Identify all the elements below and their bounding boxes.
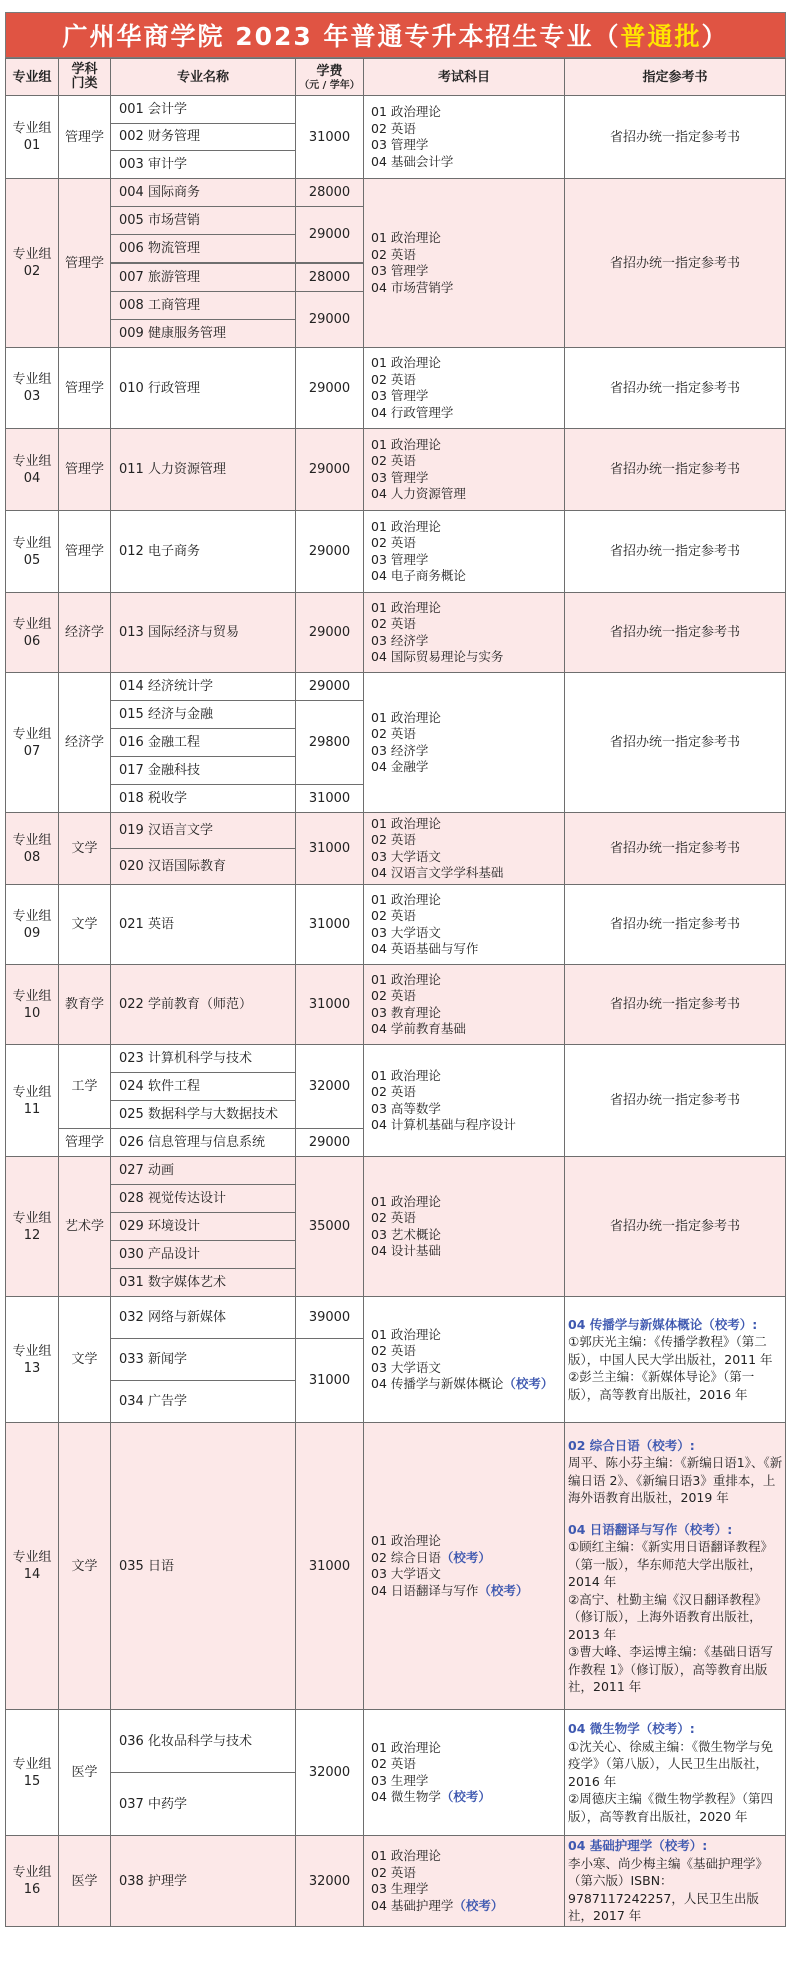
fee-cell: 31000 [295, 95, 364, 179]
major-row: 006 物流管理 [110, 234, 296, 263]
fee-value: 35000 [309, 1218, 350, 1235]
reference-heading: 02 综合日语（校考）: [568, 1437, 783, 1455]
subject-item: 03 大学语文 [371, 849, 503, 866]
subject-item: 03 大学语文 [371, 1360, 553, 1377]
major-name: 038 护理学 [119, 1873, 187, 1890]
fee-cell: 29000 [295, 428, 364, 511]
fee-value: 29000 [309, 311, 350, 328]
subject-text: 02 英语 [371, 1210, 416, 1225]
subject-text: 04 基础会计学 [371, 154, 453, 169]
major-name: 029 环境设计 [119, 1218, 200, 1235]
subject-item: 01 政治理论 [371, 600, 503, 617]
major-name: 012 电子商务 [119, 543, 200, 560]
subject-item: 01 政治理论 [371, 437, 466, 454]
subjects-list: 01 政治理论02 英语03 经济学04 国际贸易理论与实务 [371, 600, 503, 666]
subject-text: 04 学前教育基础 [371, 1021, 466, 1036]
category-cell: 医学 [58, 1709, 111, 1836]
category-label: 工学 [71, 1078, 97, 1095]
category-cell: 文学 [58, 812, 111, 885]
subjects-cell: 01 政治理论02 英语03 管理学04 行政管理学 [363, 347, 565, 429]
subject-item: 04 人力资源管理 [371, 486, 466, 503]
subject-item: 03 大学语文 [371, 1566, 528, 1583]
reference-list: 04 基础护理学（校考）:李小寒、尚少梅主编《基础护理学》（第六版）ISBN：9… [568, 1837, 783, 1925]
reference-list: 04 传播学与新媒体概论（校考）:①郭庆光主编：《传播学教程》（第二版），中国人… [568, 1316, 783, 1404]
subject-item: 03 管理学 [371, 388, 453, 405]
major-name: 017 金融科技 [119, 762, 200, 779]
group-name: 专业组 11 [12, 1084, 51, 1118]
subject-text: 01 政治理论 [371, 437, 441, 452]
major-row: 024 软件工程 [110, 1072, 296, 1101]
major-name: 037 中药学 [119, 1796, 187, 1813]
subjects-list: 01 政治理论02 英语03 教育理论04 学前教育基础 [371, 972, 466, 1038]
subject-item: 04 金融学 [371, 759, 441, 776]
category-cell: 管理学 [58, 1128, 111, 1157]
reference-cell: 省招办统一指定参考书 [564, 812, 786, 885]
major-row: 003 审计学 [110, 150, 296, 179]
subject-text: 03 大学语文 [371, 1360, 441, 1375]
school-exam-tag: （校考） [441, 1550, 491, 1565]
subject-item: 04 基础会计学 [371, 154, 453, 171]
fee-cell: 29000 [295, 1128, 364, 1157]
category-cell: 医学 [58, 1835, 111, 1927]
subjects-list: 01 政治理论02 英语03 大学语文04 汉语言文学学科基础 [371, 816, 503, 882]
group-label: 专业组 01 [5, 95, 59, 179]
subject-text: 02 英语 [371, 726, 416, 741]
subject-text: 03 管理学 [371, 552, 428, 567]
subjects-cell: 01 政治理论02 英语03 大学语文04 英语基础与写作 [363, 884, 565, 965]
subject-text: 03 经济学 [371, 743, 428, 758]
header-category: 学科门类 [58, 58, 111, 96]
subject-text: 04 微生物学 [371, 1789, 441, 1804]
subject-text: 03 大学语文 [371, 925, 441, 940]
category-label: 艺术学 [65, 1218, 104, 1235]
category-label: 医学 [71, 1764, 97, 1781]
fee-value: 29000 [309, 380, 350, 397]
major-row: 002 财务管理 [110, 123, 296, 152]
subject-item: 03 管理学 [371, 470, 466, 487]
subject-text: 01 政治理论 [371, 816, 441, 831]
subject-text: 01 政治理论 [371, 1533, 441, 1548]
fee-value: 29000 [309, 678, 350, 695]
subject-item: 03 管理学 [371, 137, 453, 154]
group-label: 专业组 16 [5, 1835, 59, 1927]
major-name: 018 税收学 [119, 790, 187, 807]
major-row: 008 工商管理 [110, 291, 296, 320]
major-name: 025 数据科学与大数据技术 [119, 1106, 278, 1123]
major-row: 031 数字媒体艺术 [110, 1268, 296, 1297]
subject-item: 01 政治理论 [371, 1194, 441, 1211]
title-end: ） [702, 17, 729, 53]
subject-text: 04 日语翻译与写作 [371, 1583, 478, 1598]
subject-item: 01 政治理论 [371, 1740, 491, 1757]
subject-text: 03 艺术概论 [371, 1227, 441, 1242]
subject-item: 02 英语 [371, 832, 503, 849]
category-cell: 管理学 [58, 510, 111, 593]
fee-cell: 29000 [295, 592, 364, 673]
fee-cell: 28000 [295, 178, 364, 207]
category-cell: 管理学 [58, 428, 111, 511]
category-label: 管理学 [65, 255, 104, 272]
reference-text: 省招办统一指定参考书 [610, 461, 740, 478]
major-row: 036 化妆品科学与技术 [110, 1709, 296, 1773]
subject-item: 01 政治理论 [371, 892, 478, 909]
reference-heading: 04 微生物学（校考）: [568, 1720, 783, 1738]
header-reference: 指定参考书 [564, 58, 786, 96]
subject-item: 03 管理学 [371, 263, 453, 280]
subjects-list: 01 政治理论02 英语03 管理学04 电子商务概论 [371, 519, 466, 585]
reference-text: 省招办统一指定参考书 [610, 624, 740, 641]
reference-heading: 04 日语翻译与写作（校考）: [568, 1521, 783, 1539]
fee-value: 31000 [309, 996, 350, 1013]
subject-text: 01 政治理论 [371, 355, 441, 370]
reference-text: 省招办统一指定参考书 [610, 1218, 740, 1235]
subject-text: 02 综合日语 [371, 1550, 441, 1565]
reference-text: 省招办统一指定参考书 [610, 543, 740, 560]
reference-list: 04 微生物学（校考）:①沈关心、徐威主编：《微生物学与免疫学》（第八版），人民… [568, 1720, 783, 1825]
subject-text: 01 政治理论 [371, 1194, 441, 1209]
subject-text: 04 人力资源管理 [371, 486, 466, 501]
category-cell: 经济学 [58, 592, 111, 673]
subjects-list: 01 政治理论02 英语03 经济学04 金融学 [371, 710, 441, 776]
subject-text: 02 英语 [371, 453, 416, 468]
reference-cell: 省招办统一指定参考书 [564, 1044, 786, 1157]
subject-item: 01 政治理论 [371, 230, 453, 247]
fee-cell: 39000 [295, 1296, 364, 1339]
title-highlight: 普通批 [620, 17, 701, 53]
subjects-cell: 01 政治理论02 英语03 教育理论04 学前教育基础 [363, 964, 565, 1045]
group-label: 专业组 06 [5, 592, 59, 673]
group-label: 专业组 03 [5, 347, 59, 429]
category-label: 管理学 [65, 1134, 104, 1151]
subject-item: 02 英语 [371, 535, 466, 552]
subject-item: 02 综合日语（校考） [371, 1550, 528, 1567]
category-cell: 工学 [58, 1044, 111, 1129]
subject-item: 02 英语 [371, 1210, 441, 1227]
fee-value: 31000 [309, 790, 350, 807]
category-label: 经济学 [65, 734, 104, 751]
fee-cell: 31000 [295, 1422, 364, 1710]
major-name: 005 市场营销 [119, 212, 200, 229]
subjects-cell: 01 政治理论02 英语03 经济学04 国际贸易理论与实务 [363, 592, 565, 673]
fee-value: 32000 [309, 1873, 350, 1890]
fee-cell: 29000 [295, 672, 364, 701]
group-label: 专业组 11 [5, 1044, 59, 1157]
category-label: 文学 [71, 916, 97, 933]
group-name: 专业组 16 [12, 1864, 51, 1898]
category-cell: 管理学 [58, 178, 111, 348]
reference-heading: 04 传播学与新媒体概论（校考）: [568, 1316, 783, 1334]
subjects-cell: 01 政治理论02 英语03 管理学04 人力资源管理 [363, 428, 565, 511]
fee-value: 29000 [309, 226, 350, 243]
subject-text: 01 政治理论 [371, 230, 441, 245]
fee-cell: 31000 [295, 884, 364, 965]
group-label: 专业组 09 [5, 884, 59, 965]
subject-text: 04 市场营销学 [371, 280, 453, 295]
fee-value: 31000 [309, 916, 350, 933]
fee-cell: 31000 [295, 1338, 364, 1423]
subject-text: 02 英语 [371, 535, 416, 550]
fee-value: 32000 [309, 1078, 350, 1095]
group-name: 专业组 06 [12, 616, 51, 650]
group-label: 专业组 15 [5, 1709, 59, 1836]
subjects-cell: 01 政治理论02 英语03 管理学04 基础会计学 [363, 95, 565, 179]
subjects-cell: 01 政治理论02 英语03 大学语文04 传播学与新媒体概论（校考） [363, 1296, 565, 1423]
subjects-list: 01 政治理论02 英语03 管理学04 人力资源管理 [371, 437, 466, 503]
group-label: 专业组 05 [5, 510, 59, 593]
group-label: 专业组 14 [5, 1422, 59, 1710]
group-name: 专业组 10 [12, 988, 51, 1022]
subjects-list: 01 政治理论02 英语03 大学语文04 英语基础与写作 [371, 892, 478, 958]
group-name: 专业组 12 [12, 1210, 51, 1244]
major-row: 033 新闻学 [110, 1338, 296, 1381]
subject-item: 04 行政管理学 [371, 405, 453, 422]
subject-item: 04 日语翻译与写作（校考） [371, 1583, 528, 1600]
subject-item: 03 经济学 [371, 633, 503, 650]
major-name: 028 视觉传达设计 [119, 1190, 226, 1207]
header-subjects: 考试科目 [363, 58, 565, 96]
subjects-cell: 01 政治理论02 英语03 管理学04 电子商务概论 [363, 510, 565, 593]
header-fee: 学费（元 / 学年） [295, 58, 364, 96]
subject-item: 01 政治理论 [371, 519, 466, 536]
subject-item: 02 英语 [371, 1084, 516, 1101]
subject-text: 03 大学语文 [371, 849, 441, 864]
subject-item: 02 英语 [371, 1343, 553, 1360]
subject-text: 04 设计基础 [371, 1243, 441, 1258]
category-cell: 经济学 [58, 672, 111, 813]
subject-text: 04 计算机基础与程序设计 [371, 1117, 516, 1132]
subject-item: 01 政治理论 [371, 355, 453, 372]
major-row: 023 计算机科学与技术 [110, 1044, 296, 1073]
major-name: 023 计算机科学与技术 [119, 1050, 252, 1067]
subject-text: 02 英语 [371, 832, 416, 847]
subject-text: 01 政治理论 [371, 972, 441, 987]
fee-value: 29000 [309, 624, 350, 641]
major-row: 038 护理学 [110, 1835, 296, 1927]
reference-cell: 02 综合日语（校考）:周平、陈小芬主编：《新编日语1》、《新编日语 2》、《新… [564, 1422, 786, 1710]
subject-text: 02 英语 [371, 247, 416, 262]
subject-text: 04 行政管理学 [371, 405, 453, 420]
major-name: 033 新闻学 [119, 1351, 187, 1368]
subject-item: 03 高等数学 [371, 1101, 516, 1118]
major-name: 035 日语 [119, 1558, 174, 1575]
reference-text: 省招办统一指定参考书 [610, 840, 740, 857]
subjects-cell: 01 政治理论02 英语03 生理学04 微生物学（校考） [363, 1709, 565, 1836]
category-cell: 艺术学 [58, 1156, 111, 1297]
major-name: 036 化妆品科学与技术 [119, 1733, 252, 1750]
subject-text: 01 政治理论 [371, 519, 441, 534]
school-exam-tag: （校考） [478, 1583, 528, 1598]
reference-text: 省招办统一指定参考书 [610, 996, 740, 1013]
major-row: 020 汉语国际教育 [110, 848, 296, 885]
subject-text: 01 政治理论 [371, 1848, 441, 1863]
subject-item: 01 政治理论 [371, 710, 441, 727]
fee-value: 28000 [309, 184, 350, 201]
major-name: 020 汉语国际教育 [119, 858, 226, 875]
fee-value: 31000 [309, 1372, 350, 1389]
major-row: 011 人力资源管理 [110, 428, 296, 511]
category-label: 医学 [71, 1873, 97, 1890]
major-row: 009 健康服务管理 [110, 319, 296, 348]
major-name: 032 网络与新媒体 [119, 1309, 226, 1326]
subject-item: 01 政治理论 [371, 104, 453, 121]
subject-item: 02 英语 [371, 247, 453, 264]
major-row: 007 旅游管理 [110, 263, 296, 292]
category-cell: 管理学 [58, 347, 111, 429]
subject-text: 04 英语基础与写作 [371, 941, 478, 956]
category-label: 经济学 [65, 624, 104, 641]
subject-text: 03 管理学 [371, 137, 428, 152]
subject-text: 02 英语 [371, 1865, 416, 1880]
reference-cell: 04 传播学与新媒体概论（校考）:①郭庆光主编：《传播学教程》（第二版），中国人… [564, 1296, 786, 1423]
fee-cell: 28000 [295, 263, 364, 292]
reference-text: 省招办统一指定参考书 [610, 255, 740, 272]
subject-item: 04 微生物学（校考） [371, 1789, 491, 1806]
major-row: 001 会计学 [110, 95, 296, 124]
major-name: 009 健康服务管理 [119, 325, 226, 342]
subject-item: 03 管理学 [371, 552, 466, 569]
major-name: 003 审计学 [119, 156, 187, 173]
subject-item: 02 英语 [371, 121, 453, 138]
subject-item: 02 英语 [371, 453, 466, 470]
reference-body: ①沈关心、徐威主编：《微生物学与免疫学》（第八版），人民卫生出版社，2016 年… [568, 1738, 783, 1826]
group-name: 专业组 15 [12, 1756, 51, 1790]
major-name: 015 经济与金融 [119, 706, 213, 723]
subject-text: 02 英语 [371, 616, 416, 631]
subjects-cell: 01 政治理论02 英语03 艺术概论04 设计基础 [363, 1156, 565, 1297]
group-label: 专业组 02 [5, 178, 59, 348]
subject-text: 04 国际贸易理论与实务 [371, 649, 503, 664]
group-label: 专业组 04 [5, 428, 59, 511]
subjects-cell: 01 政治理论02 英语03 高等数学04 计算机基础与程序设计 [363, 1044, 565, 1157]
subject-item: 04 基础护理学（校考） [371, 1898, 503, 1915]
subject-text: 03 经济学 [371, 633, 428, 648]
reference-cell: 04 微生物学（校考）:①沈关心、徐威主编：《微生物学与免疫学》（第八版），人民… [564, 1709, 786, 1836]
fee-cell: 29000 [295, 206, 364, 263]
major-row: 010 行政管理 [110, 347, 296, 429]
subject-item: 01 政治理论 [371, 972, 466, 989]
reference-heading: 04 基础护理学（校考）: [568, 1837, 783, 1855]
reference-cell: 省招办统一指定参考书 [564, 964, 786, 1045]
subject-text: 01 政治理论 [371, 710, 441, 725]
subject-item: 01 政治理论 [371, 1327, 553, 1344]
major-row: 022 学前教育（师范） [110, 964, 296, 1045]
subject-item: 02 英语 [371, 1865, 503, 1882]
major-row: 014 经济统计学 [110, 672, 296, 701]
subject-text: 04 金融学 [371, 759, 428, 774]
fee-cell: 31000 [295, 964, 364, 1045]
major-row: 025 数据科学与大数据技术 [110, 1100, 296, 1129]
subject-item: 02 英语 [371, 372, 453, 389]
major-name: 013 国际经济与贸易 [119, 624, 239, 641]
subjects-list: 01 政治理论02 综合日语（校考）03 大学语文04 日语翻译与写作（校考） [371, 1533, 528, 1599]
major-name: 030 产品设计 [119, 1246, 200, 1263]
reference-body: 李小寒、尚少梅主编《基础护理学》（第六版）ISBN：9787117242257，… [568, 1855, 783, 1925]
subject-item: 01 政治理论 [371, 1068, 516, 1085]
reference-cell: 省招办统一指定参考书 [564, 428, 786, 511]
fee-value: 32000 [309, 1764, 350, 1781]
major-row: 017 金融科技 [110, 756, 296, 785]
subject-item: 04 电子商务概论 [371, 568, 466, 585]
school-exam-tag: （校考） [453, 1898, 503, 1913]
school-exam-tag: （校考） [503, 1376, 553, 1391]
subject-text: 04 汉语言文学学科基础 [371, 865, 503, 880]
subject-item: 03 艺术概论 [371, 1227, 441, 1244]
major-name: 001 会计学 [119, 101, 187, 118]
category-cell: 文学 [58, 884, 111, 965]
category-label: 管理学 [65, 380, 104, 397]
subject-text: 03 教育理论 [371, 1005, 441, 1020]
subject-text: 02 英语 [371, 1756, 416, 1771]
subject-text: 01 政治理论 [371, 600, 441, 615]
fee-value: 28000 [309, 269, 350, 286]
reference-text: 省招办统一指定参考书 [610, 129, 740, 146]
fee-cell: 31000 [295, 784, 364, 813]
subjects-cell: 01 政治理论02 英语03 生理学04 基础护理学（校考） [363, 1835, 565, 1927]
major-name: 031 数字媒体艺术 [119, 1274, 226, 1291]
title-main: 广州华商学院 2023 年普通专升本招生专业（ [62, 17, 620, 53]
major-row: 021 英语 [110, 884, 296, 965]
fee-cell: 29800 [295, 700, 364, 785]
reference-cell: 04 基础护理学（校考）:李小寒、尚少梅主编《基础护理学》（第六版）ISBN：9… [564, 1835, 786, 1927]
major-name: 034 广告学 [119, 1393, 187, 1410]
reference-cell: 省招办统一指定参考书 [564, 592, 786, 673]
subjects-list: 01 政治理论02 英语03 管理学04 行政管理学 [371, 355, 453, 421]
subject-text: 01 政治理论 [371, 1068, 441, 1083]
reference-list: 02 综合日语（校考）:周平、陈小芬主编：《新编日语1》、《新编日语 2》、《新… [568, 1437, 783, 1696]
major-name: 014 经济统计学 [119, 678, 213, 695]
subject-text: 02 英语 [371, 372, 416, 387]
major-name: 002 财务管理 [119, 128, 200, 145]
fee-value: 31000 [309, 129, 350, 146]
group-name: 专业组 05 [12, 535, 51, 569]
subjects-list: 01 政治理论02 英语03 大学语文04 传播学与新媒体概论（校考） [371, 1327, 553, 1393]
fee-value: 39000 [309, 1309, 350, 1326]
subject-text: 03 管理学 [371, 470, 428, 485]
group-label: 专业组 10 [5, 964, 59, 1045]
fee-value: 31000 [309, 1558, 350, 1575]
category-cell: 管理学 [58, 95, 111, 179]
group-name: 专业组 09 [12, 908, 51, 942]
subject-text: 04 基础护理学 [371, 1898, 453, 1913]
major-name: 021 英语 [119, 916, 174, 933]
subject-text: 04 电子商务概论 [371, 568, 466, 583]
fee-cell: 32000 [295, 1835, 364, 1927]
major-name: 019 汉语言文学 [119, 822, 213, 839]
reference-body: ①郭庆光主编：《传播学教程》（第二版），中国人民大学出版社，2011 年 ②彭兰… [568, 1333, 783, 1403]
subject-text: 04 传播学与新媒体概论 [371, 1376, 503, 1391]
subject-text: 03 管理学 [371, 388, 428, 403]
category-label: 教育学 [65, 996, 104, 1013]
major-row: 026 信息管理与信息系统 [110, 1128, 296, 1157]
subject-text: 02 英语 [371, 988, 416, 1003]
reference-cell: 省招办统一指定参考书 [564, 672, 786, 813]
subject-text: 01 政治理论 [371, 892, 441, 907]
fee-cell: 35000 [295, 1156, 364, 1297]
subjects-cell: 01 政治理论02 英语03 经济学04 金融学 [363, 672, 565, 813]
group-name: 专业组 07 [12, 726, 51, 760]
subject-text: 02 英语 [371, 121, 416, 136]
subjects-list: 01 政治理论02 英语03 艺术概论04 设计基础 [371, 1194, 441, 1260]
subject-item: 03 生理学 [371, 1773, 491, 1790]
major-name: 006 物流管理 [119, 240, 200, 257]
subject-item: 03 教育理论 [371, 1005, 466, 1022]
subjects-list: 01 政治理论02 英语03 生理学04 微生物学（校考） [371, 1740, 491, 1806]
major-row: 035 日语 [110, 1422, 296, 1710]
major-name: 010 行政管理 [119, 380, 200, 397]
subject-item: 04 传播学与新媒体概论（校考） [371, 1376, 553, 1393]
major-name: 004 国际商务 [119, 184, 200, 201]
fee-value: 31000 [309, 840, 350, 857]
